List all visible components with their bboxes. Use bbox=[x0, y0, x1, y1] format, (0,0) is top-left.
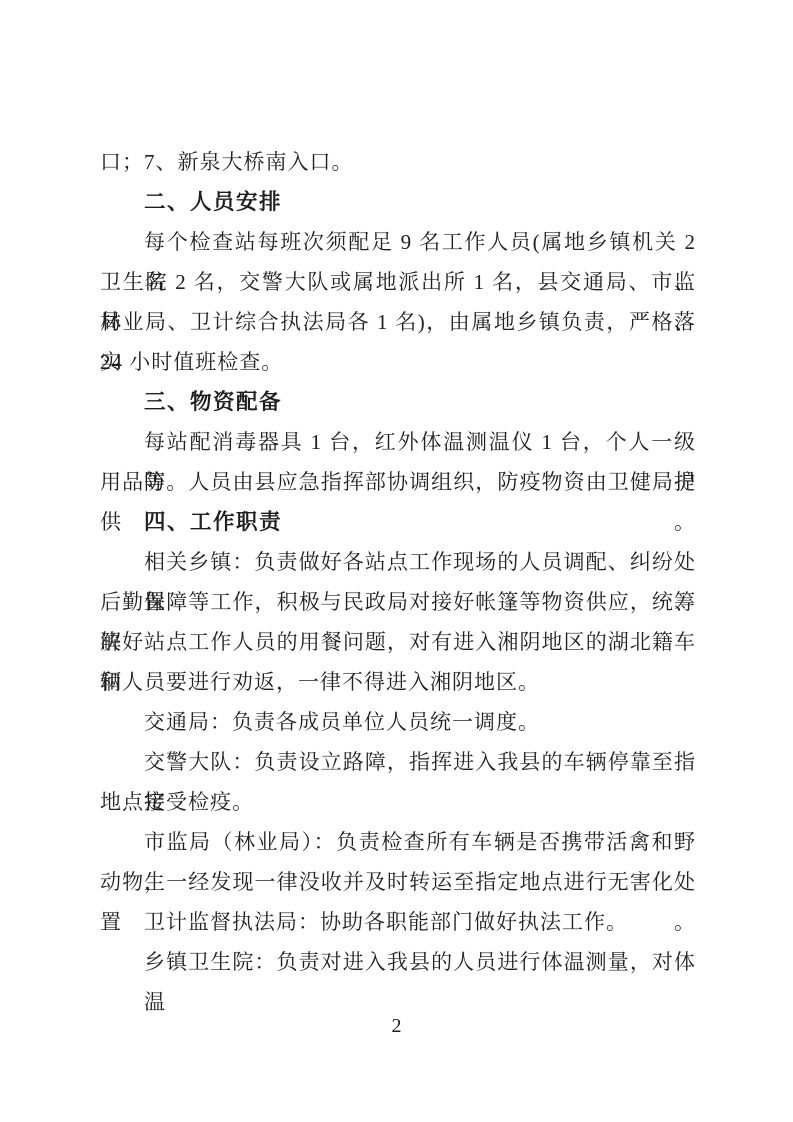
text-line: 24 小时值班检查。 bbox=[100, 342, 696, 382]
text-line: 林业局、卫计综合执法局各 1 名)，由属地乡镇负责，严格落实 bbox=[100, 302, 696, 342]
text-line: 后勤保障等工作，积极与民政局对接好帐篷等物资供应，统筹解 bbox=[100, 582, 696, 622]
text-line: 动物，一经发现一律没收并及时转运至指定地点进行无害化处置。 bbox=[100, 862, 696, 902]
page-number: 2 bbox=[0, 1012, 793, 1040]
section-heading: 三、物资配备 bbox=[100, 382, 696, 422]
document-body: 口；7、新泉大桥南入口。二、人员安排每个检查站每班次须配足 9 名工作人员(属地… bbox=[100, 142, 696, 982]
text-line: 乡镇卫生院：负责对进入我县的人员进行体温测量，对体温 bbox=[100, 942, 696, 982]
text-line: 卫计监督执法局：协助各职能部门做好执法工作。 bbox=[100, 902, 696, 942]
section-heading: 二、人员安排 bbox=[100, 182, 696, 222]
text-line: 市监局（林业局）：负责检查所有车辆是否携带活禽和野生 bbox=[100, 822, 696, 862]
text-line: 口；7、新泉大桥南入口。 bbox=[100, 142, 696, 182]
text-line: 地点接受检疫。 bbox=[100, 782, 696, 822]
text-line: 用品等。人员由县应急指挥部协调组织，防疫物资由卫健局提供。 bbox=[100, 462, 696, 502]
text-line: 决好站点工作人员的用餐问题，对有进入湘阴地区的湖北籍车辆 bbox=[100, 622, 696, 662]
document-page: 口；7、新泉大桥南入口。二、人员安排每个检查站每班次须配足 9 名工作人员(属地… bbox=[0, 0, 793, 1122]
text-line: 卫生院 2 名，交警大队或属地派出所 1 名，县交通局、市监局、 bbox=[100, 262, 696, 302]
text-line: 相关乡镇：负责做好各站点工作现场的人员调配、纠纷处置、 bbox=[100, 542, 696, 582]
text-line: 交通局：负责各成员单位人员统一调度。 bbox=[100, 702, 696, 742]
text-line: 每站配消毒器具 1 台，红外体温测温仪 1 台，个人一级防护 bbox=[100, 422, 696, 462]
text-line: 每个检查站每班次须配足 9 名工作人员(属地乡镇机关 2 名、 bbox=[100, 222, 696, 262]
text-line: 和人员要进行劝返，一律不得进入湘阴地区。 bbox=[100, 662, 696, 702]
text-line: 交警大队：负责设立路障，指挥进入我县的车辆停靠至指定 bbox=[100, 742, 696, 782]
